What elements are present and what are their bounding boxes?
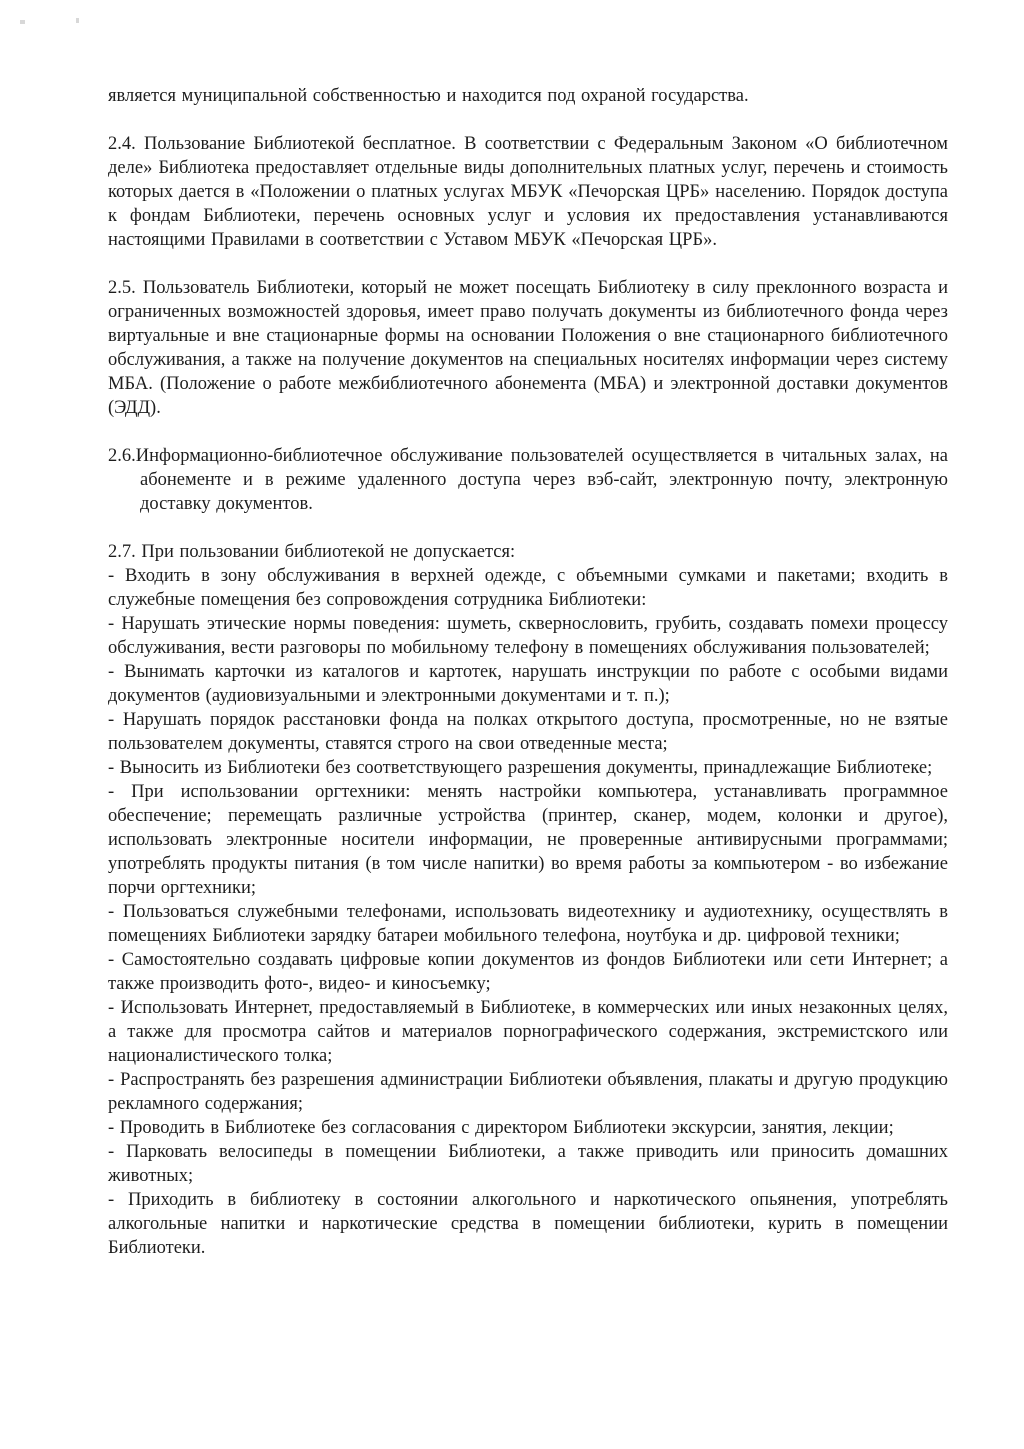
scan-artifact	[20, 20, 25, 24]
rule-item: - Входить в зону обслуживания в верхней …	[108, 564, 948, 612]
rule-item: - Проводить в Библиотеке без согласовани…	[108, 1116, 948, 1140]
rule-item: - Приходить в библиотеку в состоянии алк…	[108, 1188, 948, 1260]
scan-artifact	[76, 18, 79, 23]
document-page: является муниципальной собственностью и …	[108, 84, 948, 1260]
rule-item: - Парковать велосипеды в помещении Библи…	[108, 1140, 948, 1188]
rule-item: - Нарушать порядок расстановки фонда на …	[108, 708, 948, 756]
paragraph-2-7-heading: 2.7. При пользовании библиотекой не допу…	[108, 540, 948, 564]
paragraph-intro: является муниципальной собственностью и …	[108, 84, 948, 108]
rule-item: - Использовать Интернет, предоставляемый…	[108, 996, 948, 1068]
rule-item: - Распространять без разрешения админист…	[108, 1068, 948, 1116]
rule-item: - Вынимать карточки из каталогов и карто…	[108, 660, 948, 708]
rule-item: - Выносить из Библиотеки без соответству…	[108, 756, 948, 780]
paragraph-2-4: 2.4. Пользование Библиотекой бесплатное.…	[108, 132, 948, 252]
rule-item: - Пользоваться служебными телефонами, ис…	[108, 900, 948, 948]
paragraph-2-6: 2.6.Информационно-библиотечное обслужива…	[108, 444, 948, 516]
paragraph-2-5: 2.5. Пользователь Библиотеки, который не…	[108, 276, 948, 420]
rule-item: - Самостоятельно создавать цифровые копи…	[108, 948, 948, 996]
rule-item: - При использовании оргтехники: менять н…	[108, 780, 948, 900]
rule-item: - Нарушать этические нормы поведения: шу…	[108, 612, 948, 660]
